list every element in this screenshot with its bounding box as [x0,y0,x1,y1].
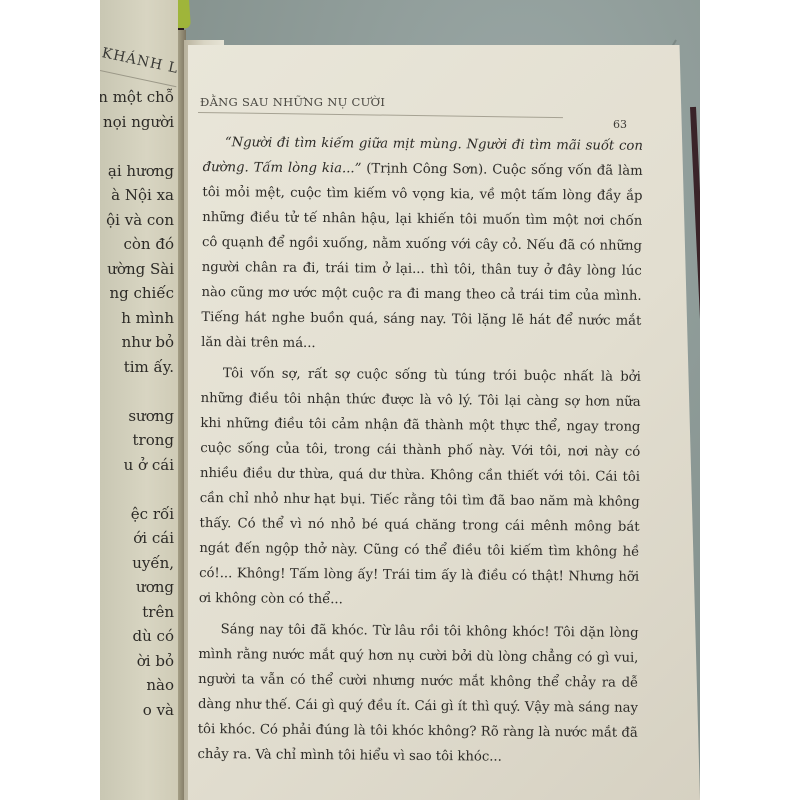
left-page-line: ệc rối [131,505,174,523]
paragraph-1-text: (Trịnh Công Sơn). Cuộc sống vốn đã làm t… [201,161,643,351]
left-page-line: trong [133,431,175,449]
left-page-line: tim ấy. [124,358,174,376]
left-page-line: ường Sài [107,260,174,278]
left-page-line: nọi người [103,113,174,131]
left-page-line: ương [136,578,174,596]
book-photo: KHÁNH LY n một chỗnọi ngườiại hươngà Nội… [100,0,700,800]
left-page-line: à Nội xa [111,186,174,204]
left-page-line: h mình [121,309,174,327]
left-page-line: n một chỗ [100,88,174,106]
left-page-line: ới cái [133,529,174,547]
left-page-line: ội và con [106,211,174,229]
left-page: KHÁNH LY n một chỗnọi ngườiại hươngà Nội… [100,0,178,800]
left-page-line: như bỏ [122,333,174,351]
left-page-line: ng chiếc [109,284,174,302]
left-page-line: sương [128,407,174,425]
paragraph-2: Tôi vốn sợ, rất sợ cuộc sống tù túng tró… [199,361,641,615]
paragraph-3: Sáng nay tôi đã khóc. Từ lâu rồi tôi khô… [197,617,638,771]
left-page-line: ời bỏ [137,652,174,670]
left-page-line: ại hương [108,162,174,180]
page-number: 63 [613,118,627,131]
page-body: “Người đi tìm kiếm giữa mịt mùng. Người … [197,130,643,771]
left-page-text: n một chỗnọi ngườiại hươngà Nội xaội và … [100,0,178,800]
left-page-line: trên [142,603,174,621]
left-page-line: u ở cái [124,456,174,474]
right-running-header: ĐẰNG SAU NHỮNG NỤ CƯỜI [200,95,385,109]
left-page-line: o và [143,701,174,719]
left-page-line: dù có [133,627,174,645]
left-page-line: nào [146,676,174,694]
paragraph-1: “Người đi tìm kiếm giữa mịt mùng. Người … [201,130,643,359]
left-page-line: còn đó [124,235,175,253]
left-page-line: uyến, [132,554,174,572]
